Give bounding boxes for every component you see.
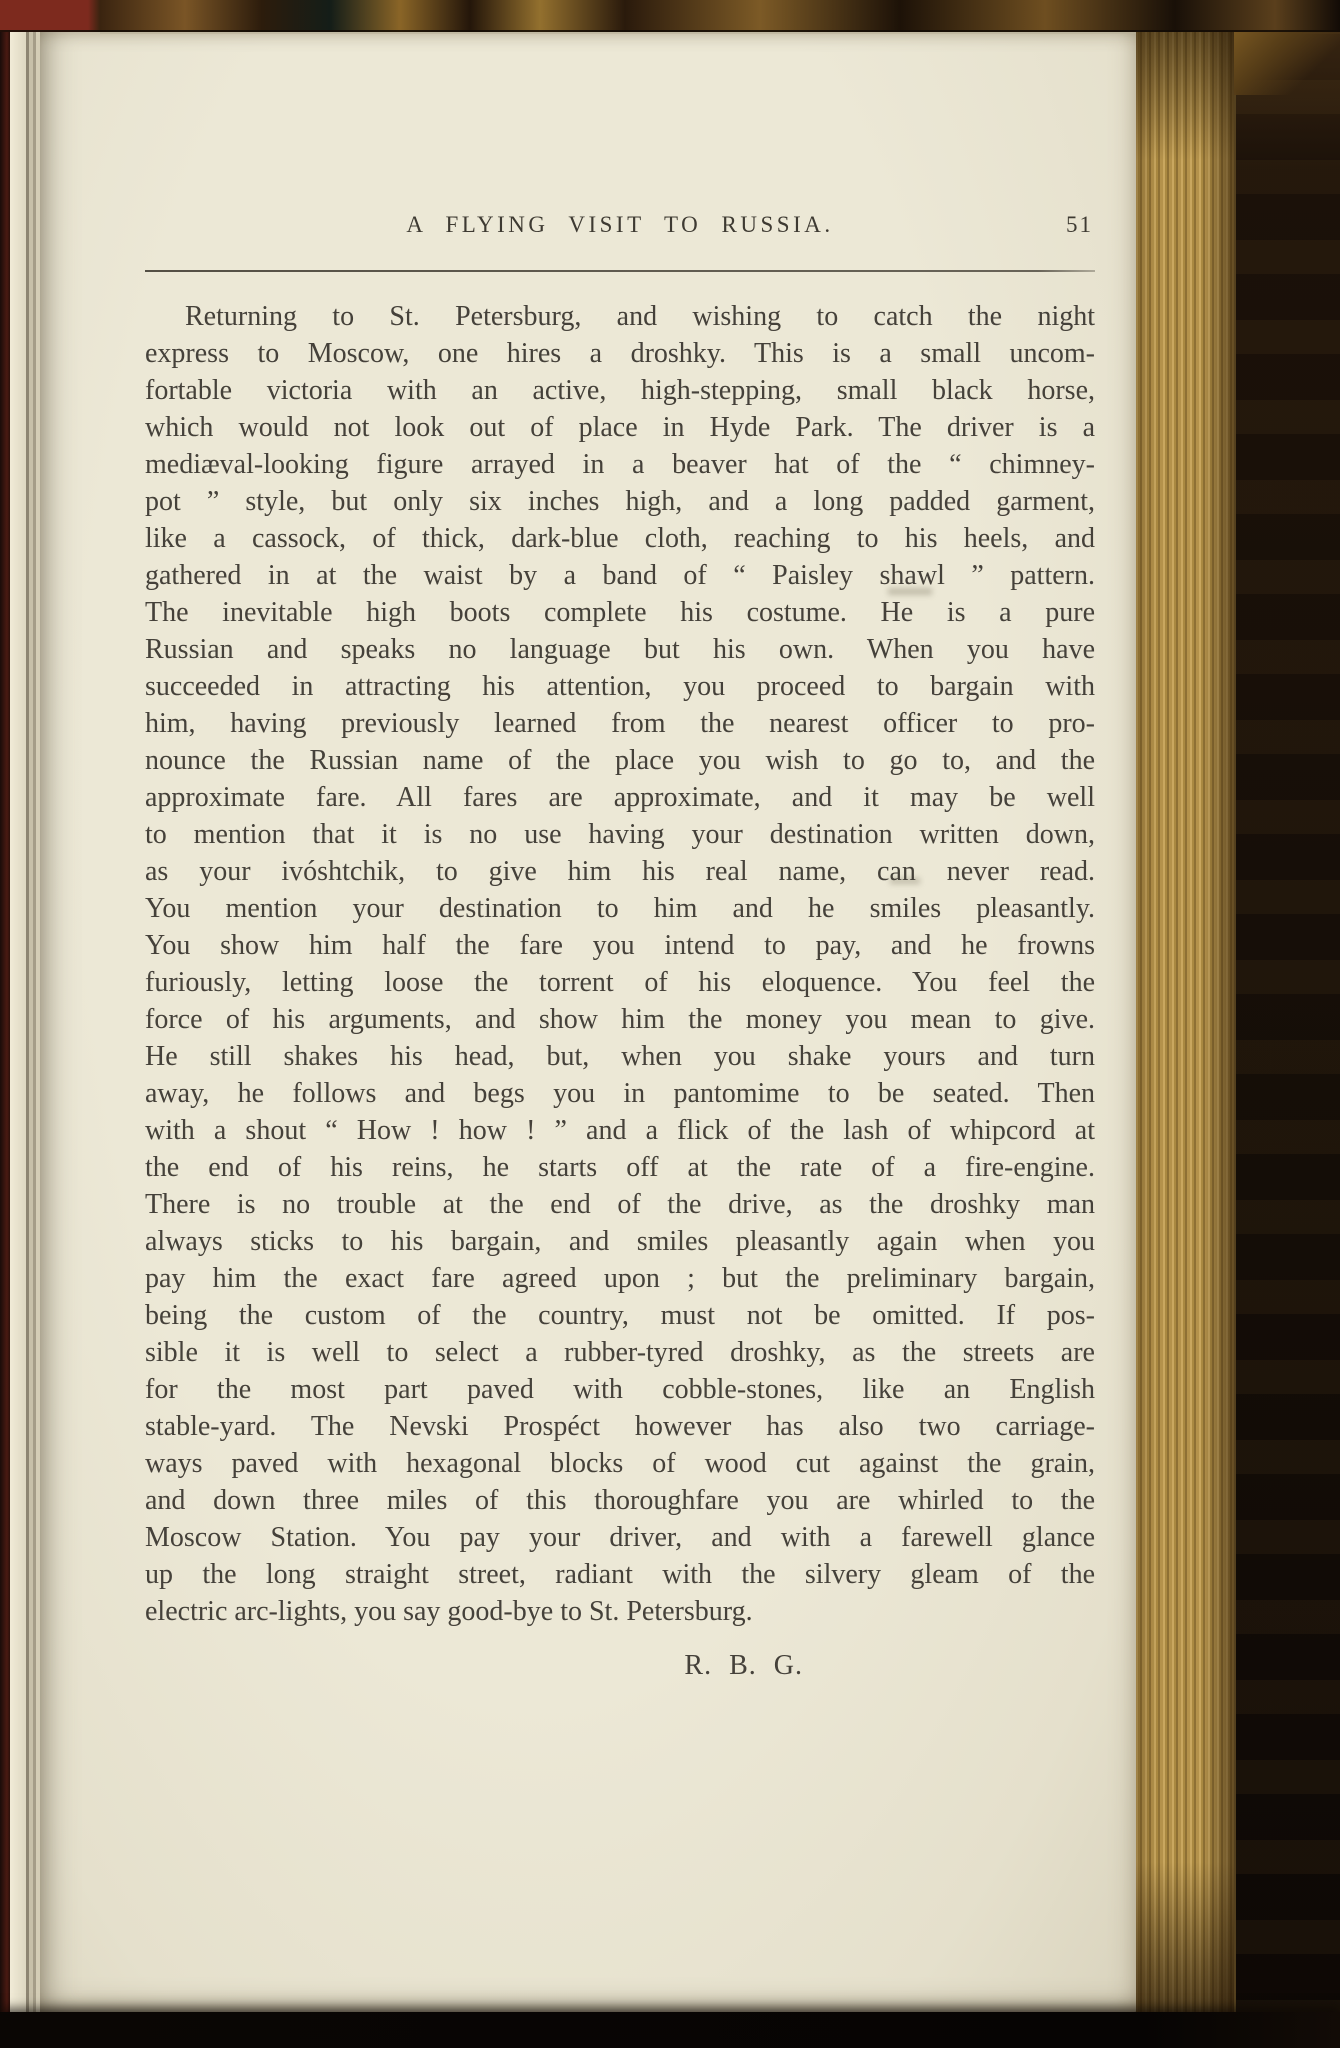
running-header: A FLYING VISIT TO RUSSIA. 51: [145, 212, 1095, 242]
text-line: fortable victoria with an active, high-s…: [145, 372, 1095, 409]
right-cover-leather: [1234, 0, 1340, 2048]
text-line: being the custom of the country, must no…: [145, 1297, 1095, 1334]
author-initials: R. B. G.: [684, 1650, 803, 1682]
fore-edge-page-stack: [1136, 20, 1236, 2022]
text-line: as your ivóshtchik, to give him his real…: [145, 853, 1095, 890]
text-line: him, having previously learned from the …: [145, 705, 1095, 742]
text-line: electric arc-lights, you say good-bye to…: [145, 1593, 1095, 1630]
text-line: Returning to St. Petersburg, and wishing…: [145, 298, 1095, 335]
text-line: There is no trouble at the end of the dr…: [145, 1186, 1095, 1223]
text-line: force of his arguments, and show him the…: [145, 1001, 1095, 1038]
text-line: for the most part paved with cobble-ston…: [145, 1371, 1095, 1408]
header-rule: [145, 270, 1095, 272]
text-line: like a cassock, of thick, dark-blue clot…: [145, 520, 1095, 557]
text-line: He still shakes his head, but, when you …: [145, 1038, 1095, 1075]
text-line: mediæval-looking figure arrayed in a bea…: [145, 446, 1095, 483]
text-line: gathered in at the waist by a band of “ …: [145, 557, 1095, 594]
text-line: always sticks to his bargain, and smiles…: [145, 1223, 1095, 1260]
text-line: stable-yard. The Nevski Prospéct however…: [145, 1408, 1095, 1445]
book-page-paper: A FLYING VISIT TO RUSSIA. 51 Returning t…: [40, 28, 1140, 2012]
book-scan-page: A FLYING VISIT TO RUSSIA. 51 Returning t…: [0, 0, 1340, 2048]
text-line: and down three miles of this thoroughfar…: [145, 1482, 1095, 1519]
text-line: succeeded in attracting his attention, y…: [145, 668, 1095, 705]
text-line: sible it is well to select a rubber-tyre…: [145, 1334, 1095, 1371]
text-line: up the long straight street, radiant wit…: [145, 1556, 1095, 1593]
text-line: furiously, letting loose the torrent of …: [145, 964, 1095, 1001]
text-line: pay him the exact fare agreed upon ; but…: [145, 1260, 1095, 1297]
text-line: which would not look out of place in Hyd…: [145, 409, 1095, 446]
book-spine-edge: [0, 0, 10, 2048]
text-line: ways paved with hexagonal blocks of wood…: [145, 1445, 1095, 1482]
page-number: 51: [1066, 212, 1093, 238]
text-line: nounce the Russian name of the place you…: [145, 742, 1095, 779]
text-line: Russian and speaks no language but his o…: [145, 631, 1095, 668]
text-line: away, he follows and begs you in pantomi…: [145, 1075, 1095, 1112]
page-title: A FLYING VISIT TO RUSSIA.: [406, 212, 833, 237]
text-line: You show him half the fare you intend to…: [145, 927, 1095, 964]
text-line: express to Moscow, one hires a droshky. …: [145, 335, 1095, 372]
text-line: You mention your destination to him and …: [145, 890, 1095, 927]
top-binding-band: [0, 0, 1340, 32]
text-line: The inevitable high boots complete his c…: [145, 594, 1095, 631]
text-line: the end of his reins, he starts off at t…: [145, 1149, 1095, 1186]
text-line: to mention that it is no use having your…: [145, 816, 1095, 853]
text-line: approximate fare. All fares are approxim…: [145, 779, 1095, 816]
body-paragraph: Returning to St. Petersburg, and wishing…: [145, 298, 1095, 1630]
text-line: Moscow Station. You pay your driver, and…: [145, 1519, 1095, 1556]
text-line: pot ” style, but only six inches high, a…: [145, 483, 1095, 520]
text-line: with a shout “ How ! how ! ” and a flick…: [145, 1112, 1095, 1149]
left-page-edge-strip: [10, 0, 26, 2048]
bottom-binding-band: [0, 2012, 1340, 2048]
